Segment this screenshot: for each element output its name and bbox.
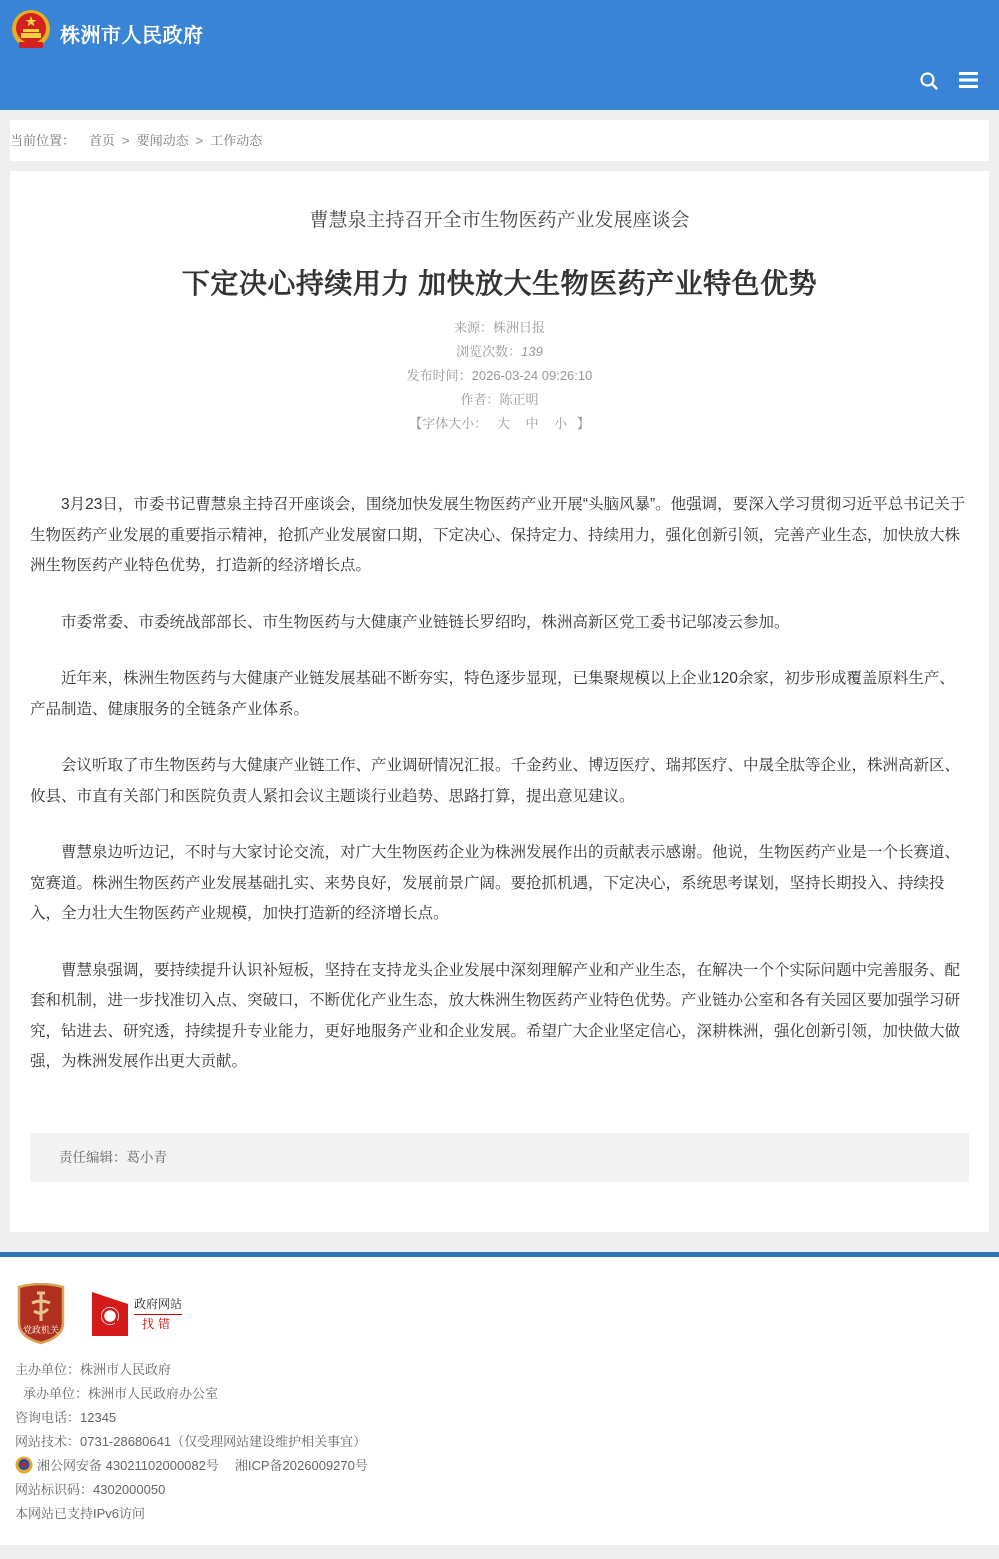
breadcrumb-label: 当前位置： [10,120,75,161]
party-government-badge-icon[interactable]: 党政机关 [15,1283,67,1345]
views-label: 浏览次数： [456,344,521,359]
meta-source: 来源：株洲日报 [30,316,969,340]
article-body: 3月23日，市委书记曹慧泉主持召开座谈会，围绕加快发展生物医药产业开展“头脑风暴… [30,490,969,1078]
breadcrumb: 当前位置： 首页 > 要闻动态 > 工作动态 [10,120,989,161]
site-header: 株洲市人民政府 [0,0,999,110]
footer-sponsor: 主办单位：株洲市人民政府 [15,1358,999,1382]
article-title: 下定决心持续用力 加快放大生物医药产业特色优势 [30,262,969,302]
site-footer: 党政机关 政府网站 找错 主办单位：株洲市人民政府 承办单位：株洲市人民政府办公… [0,1252,999,1545]
publish-time-value: 2026-03-24 09:26:10 [472,368,593,383]
source-label: 来源： [454,320,493,335]
footer-tech-support: 网站技术：0731-28680641（仅受理网站建设维护相关事宜） [15,1430,999,1454]
search-icon[interactable] [919,71,939,91]
meta-publish-time: 发布时间：2026-03-24 09:26:10 [30,364,969,388]
breadcrumb-separator: > [196,120,204,161]
meta-author: 作者：陈正明 [30,388,969,412]
font-size-bracket: 】 [577,416,590,431]
editor-label: 责任编辑： [59,1150,127,1165]
hamburger-menu-icon[interactable] [959,72,978,88]
footer-badges: 党政机关 政府网站 找错 [15,1282,999,1346]
font-size-large-button[interactable]: 大 [497,416,510,431]
jiucuo-text: 政府网站 找错 [134,1295,182,1333]
footer-ipv6: 本网站已支持IPv6访问 [15,1502,999,1526]
footer-info: 主办单位：株洲市人民政府 承办单位：株洲市人民政府办公室 咨询电话：12345 … [15,1358,999,1526]
font-size-small-button[interactable]: 小 [554,416,567,431]
icp-record-link[interactable]: 湘ICP备2026009270号 [235,1458,368,1473]
editor-name: 葛小青 [127,1150,168,1165]
article-subtitle: 曹慧泉主持召开全市生物医药产业发展座谈会 [30,205,969,232]
paragraph: 市委常委、市委统战部部长、市生物医药与大健康产业链链长罗绍昀，株洲高新区党工委书… [30,608,969,639]
breadcrumb-home[interactable]: 首页 [89,120,115,161]
paragraph: 会议听取了市生物医药与大健康产业链工作、产业调研情况汇报。千金药业、博迈医疗、瑞… [30,751,969,812]
svg-text:党政机关: 党政机关 [23,1324,59,1336]
footer-hotline: 咨询电话：12345 [15,1406,999,1430]
responsible-editor: 责任编辑：葛小青 [30,1133,969,1182]
font-size-controls: 【字体大小： 大 中 小 】 [30,412,969,436]
meta-views: 浏览次数：139 [30,340,969,364]
publish-label: 发布时间： [407,368,472,383]
views-value: 139 [521,344,543,359]
breadcrumb-news[interactable]: 要闻动态 [137,120,189,161]
footer-records: 湘公网安备 43021102000082号湘ICP备2026009270号 [15,1454,999,1478]
article-container: 曹慧泉主持召开全市生物医药产业发展座谈会 下定决心持续用力 加快放大生物医药产业… [10,171,989,1232]
footer-site-code: 网站标识码：4302000050 [15,1478,999,1502]
national-emblem-icon[interactable] [11,9,51,51]
article-meta: 来源：株洲日报 浏览次数：139 发布时间：2026-03-24 09:26:1… [30,316,969,436]
author-label: 作者： [460,392,499,407]
paragraph: 3月23日，市委书记曹慧泉主持召开座谈会，围绕加快发展生物医药产业开展“头脑风暴… [30,490,969,582]
footer-organizer: 承办单位：株洲市人民政府办公室 [15,1382,999,1406]
breadcrumb-separator: > [122,120,130,161]
gov-website-error-report[interactable]: 政府网站 找错 [92,1292,182,1336]
jiucuo-line2: 找错 [134,1315,182,1333]
paragraph: 近年来，株洲生物医药与大健康产业链发展基础不断夯实，特色逐步显现，已集聚规模以上… [30,664,969,725]
font-size-label: 【字体大小： [409,416,487,431]
police-record-link[interactable]: 湘公网安备 43021102000082号 [37,1458,219,1473]
police-badge-icon [15,1456,33,1474]
paragraph: 曹慧泉强调，要持续提升认识补短板，坚持在支持龙头企业发展中深刻理解产业和产业生态… [30,956,969,1078]
source-value: 株洲日报 [493,320,545,335]
font-size-medium-button[interactable]: 中 [525,416,538,431]
author-value: 陈正明 [500,392,539,407]
paragraph: 曹慧泉边听边记，不时与大家讨论交流，对广大生物医药企业为株洲发展作出的贡献表示感… [30,838,969,930]
magnifier-report-icon [92,1292,128,1336]
site-title[interactable]: 株洲市人民政府 [60,19,204,48]
breadcrumb-work-news[interactable]: 工作动态 [210,120,262,161]
jiucuo-line1: 政府网站 [134,1295,182,1315]
